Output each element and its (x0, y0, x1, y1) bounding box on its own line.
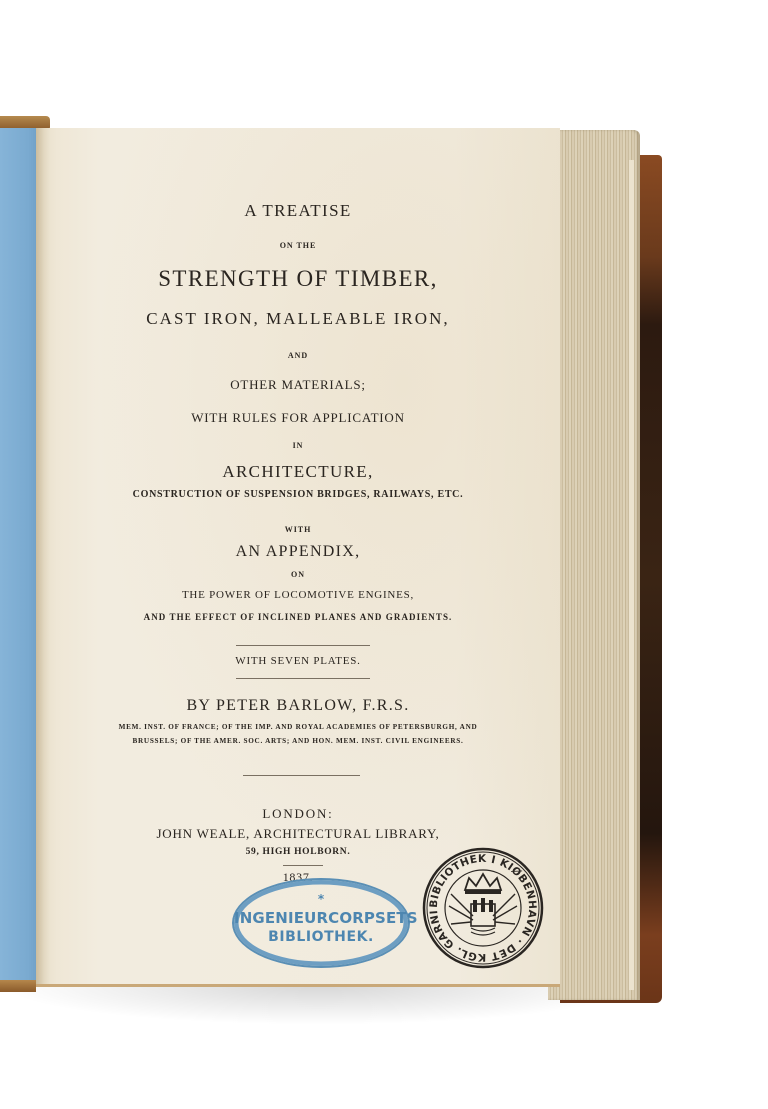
title-line-with: WITH (36, 525, 560, 534)
title-line-on: ON (36, 570, 560, 579)
title-line-rules-for-application: WITH RULES FOR APPLICATION (36, 410, 560, 426)
star-icon: * (234, 892, 408, 906)
divider-rule (236, 678, 370, 679)
author-credentials-line-1: MEM. INST. OF FRANCE; OF THE IMP. AND RO… (36, 723, 560, 731)
title-line-appendix: AN APPENDIX, (36, 543, 560, 561)
title-line-inclined-planes: AND THE EFFECT OF INCLINED PLANES AND GR… (36, 612, 560, 622)
title-line-in: IN (36, 441, 560, 450)
author-line: BY PETER BARLOW, F.R.S. (36, 697, 560, 715)
divider-rule (236, 645, 370, 646)
library-stamp-oval: * INGENIEURCORPSETS BIBLIOTHEK. (232, 878, 410, 968)
title-line-architecture: ARCHITECTURE, (36, 462, 560, 482)
title-line-a-treatise: A TREATISE (36, 201, 560, 221)
plates-note: WITH SEVEN PLATES. (36, 655, 560, 667)
title-line-strength-of-timber: STRENGTH OF TIMBER, (36, 266, 560, 292)
title-line-cast-iron: CAST IRON, MALLEABLE IRON, (36, 309, 560, 329)
front-cover-bottom-edge (0, 980, 36, 992)
imprint-publisher: JOHN WEALE, ARCHITECTURAL LIBRARY, (36, 826, 560, 842)
title-line-construction: CONSTRUCTION OF SUSPENSION BRIDGES, RAIL… (36, 489, 560, 500)
title-line-on-the: ON THE (36, 241, 560, 250)
author-credentials-line-2: BRUSSELS; OF THE AMER. SOC. ARTS; AND HO… (36, 737, 560, 745)
divider-rule (283, 865, 323, 866)
imprint-city: LONDON: (36, 806, 560, 822)
oval-stamp-line-2: BIBLIOTHEK. (234, 929, 408, 945)
title-line-other-materials: OTHER MATERIALS; (36, 377, 560, 393)
page-block-edges (548, 130, 640, 1000)
title-line-locomotive-engines: THE POWER OF LOCOMOTIVE ENGINES, (36, 589, 560, 601)
front-cover-blue (0, 128, 40, 983)
title-line-and: AND (36, 351, 560, 360)
oval-stamp-line-1: INGENIEURCORPSETS (234, 909, 408, 927)
divider-rule (243, 775, 360, 776)
crown-castle-seal-icon: BIBLIOTHEK I KIØBENHAVN · DET KGL. GARNI… (421, 846, 545, 970)
book-shadow (0, 985, 640, 1025)
library-seal-round: BIBLIOTHEK I KIØBENHAVN · DET KGL. GARNI… (421, 846, 545, 970)
